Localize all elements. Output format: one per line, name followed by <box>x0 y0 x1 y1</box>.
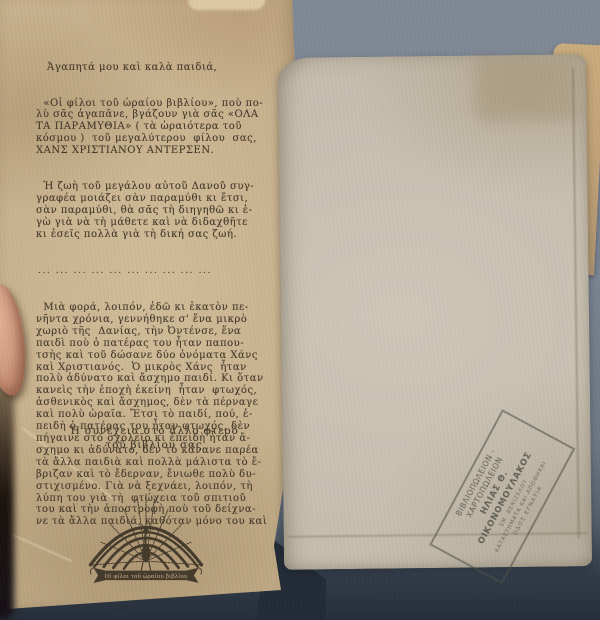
peacock-emblem-icon: Οἱ φίλοι τοῦ ὡραίου βιβλίου <box>79 486 213 592</box>
torn-paper-chip <box>188 0 266 10</box>
intro-paragraph: «Οἱ φίλοι τοῦ ὡραίου βιβλίου», ποὺ πο- λ… <box>36 98 272 158</box>
paper-stain <box>474 58 579 121</box>
emblem-banner-text: Οἱ φίλοι τοῦ ὡραίου βιβλίου <box>105 573 188 580</box>
left-page-flap: Ἀγαπητά μου καὶ καλὰ παιδιά, «Οἱ φίλοι τ… <box>0 0 302 618</box>
book-photo: Ἀγαπητά μου καὶ καλὰ παιδιά, «Οἱ φίλοι τ… <box>0 0 600 620</box>
life-paragraph: Ἡ ζωὴ τοῦ μεγάλου αὐτοῦ Δανοῦ συγ- γραφέ… <box>36 181 272 241</box>
flap-text-block: Ἀγαπητά μου καὶ καλὰ παιδιά, «Οἱ φίλοι τ… <box>36 38 272 552</box>
paper-crease <box>572 68 580 538</box>
bookstore-rubber-stamp: ΒΙΒΛΙΟΠΩΛΕΙΟΝ - ΧΑΡΤΟΠΩΛΕΙΟΝ ΗΛΙΑΣ Θ. ΟΙ… <box>429 409 575 584</box>
dotted-separator: ... ... ... ... ... ... ... ... ... ... <box>38 266 272 277</box>
continuation-note: Ἡ συνέχεια στὸ ἄλλο φτερὸ τοῦ βιβλίου σα… <box>36 424 272 452</box>
right-page-blank: ΒΙΒΛΙΟΠΩΛΕΙΟΝ - ΧΑΡΤΟΠΩΛΕΙΟΝ ΗΛΙΑΣ Θ. ΟΙ… <box>278 54 592 570</box>
emblem-banner: Οἱ φίλοι τοῦ ὡραίου βιβλίου <box>90 568 201 583</box>
salutation-paragraph: Ἀγαπητά μου καὶ καλὰ παιδιά, <box>36 62 272 74</box>
